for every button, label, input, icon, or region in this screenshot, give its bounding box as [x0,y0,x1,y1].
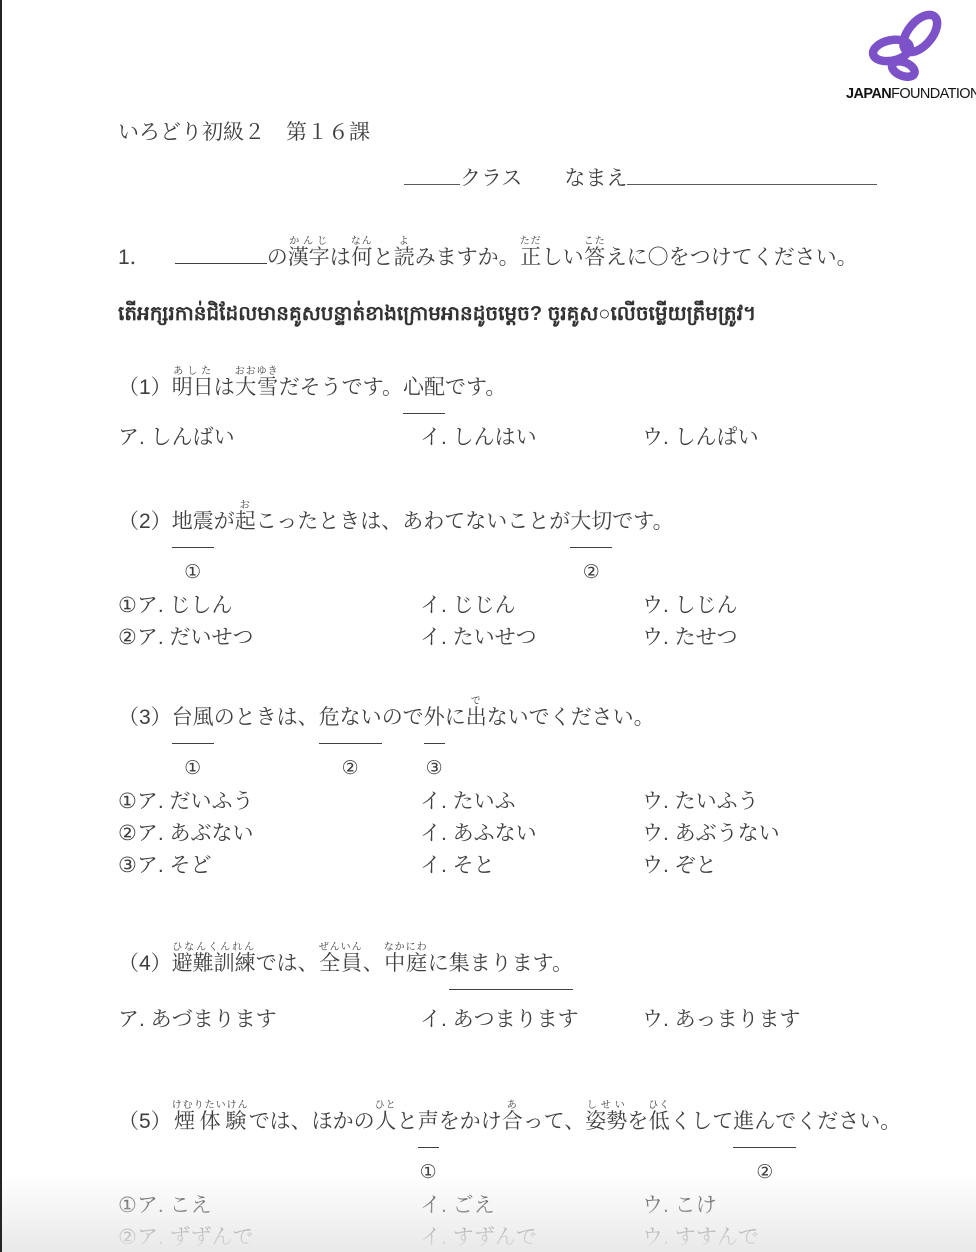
section-1-instruction: 1．の漢字かんじは何なんと読よみますか。正ただしい答こたえに〇をつけてください。 [118,234,936,282]
khmer-instruction: តើអក្សរកាន់ជិដែលមានគូសបន្ទាត់ខាងក្រោមអាន… [118,300,936,330]
brand-japan: JAPAN [846,86,891,102]
option-u: ウ. たいふう [642,786,936,818]
option-u: ウ. あっまります [642,1004,936,1036]
question-4-sentence: （4）避難訓練ひなんくんれんでは、全員ぜんいん、中庭なかにわに集まります。 [118,940,936,990]
option-i: イ. すずんで [420,1222,642,1252]
option-i: イ. あつまります [420,1004,642,1036]
option-a: ②ア. ずずんで [118,1222,420,1252]
option-i: イ. そと [420,850,642,882]
question-2: （2）地震①が起おこったときは、あわてないことが大切②です。 ①ア. じしん イ… [118,498,936,654]
question-5-options-row-1: ①ア. こえ イ. ごえ ウ. こけ [118,1190,936,1222]
instruction-sentence: の漢字かんじは何なんと読よみますか。正ただしい答こたえに〇をつけてください。 [175,246,858,269]
worksheet-page: いろどり初級２ 第１６課 クラスなまえ 1．の漢字かんじは何なんと読よみますか。… [2,116,976,1252]
option-a: ①ア. こえ [118,1190,420,1222]
option-a: ③ア. そど [118,850,420,882]
option-a: ア. しんばい [118,422,420,454]
butterfly-logo-icon [853,8,957,86]
option-u: ウ. すすんで [642,1222,936,1252]
brand-foundation: FOUNDATION [891,86,976,102]
option-i: イ. たいふ [420,786,642,818]
option-a: ②ア. だいせつ [118,622,420,654]
option-i: イ. じじん [420,590,642,622]
name-blank-field [627,184,877,185]
question-5-sentence: （5）煙体験けむりたいけんでは、ほかの人ひとと声①をかけ合あって、姿勢しせいを低… [118,1098,936,1148]
question-5: （5）煙体験けむりたいけんでは、ほかの人ひとと声①をかけ合あって、姿勢しせいを低… [118,1098,936,1252]
option-u: ウ. こけ [642,1190,936,1222]
question-2-sentence: （2）地震①が起おこったときは、あわてないことが大切②です。 [118,498,936,548]
option-u: ウ. しんぱい [642,422,936,454]
question-4-options-row-1: ア. あづまります イ. あつまります ウ. あっまります [118,1004,936,1036]
name-label: なまえ [564,167,627,190]
question-3-options-row-1: ①ア. だいふう イ. たいふ ウ. たいふう [118,786,936,818]
worksheet-title: いろどり初級２ 第１６課 [118,116,936,146]
question-3-options-row-2: ②ア. あぶない イ. あふない ウ. あぶうない [118,818,936,850]
option-u: ウ. たせつ [642,622,936,654]
option-a: ア. あづまります [118,1004,420,1036]
option-i: イ. たいせつ [420,622,642,654]
question-3: （3）台風①のときは、危ない②ので外③に出でないでください。 ①ア. だいふう … [118,694,936,882]
option-u: ウ. しじん [642,590,936,622]
question-1-sentence: （1）明日あしたは大雪おおゆきだそうです。心配です。 [118,364,936,414]
option-i: イ. あふない [420,818,642,850]
japan-foundation-logo: JAPANFOUNDATION [846,8,964,102]
question-3-options-row-3: ③ア. そど イ. そと ウ. ぞと [118,850,936,882]
question-5-options-row-2: ②ア. ずずんで イ. すずんで ウ. すすんで [118,1222,936,1252]
question-3-sentence: （3）台風①のときは、危ない②ので外③に出でないでください。 [118,694,936,744]
question-1: （1）明日あしたは大雪おおゆきだそうです。心配です。 ア. しんばい イ. しん… [118,364,936,454]
section-number: 1． [118,246,151,269]
question-2-options-row-1: ①ア. じしん イ. じじん ウ. しじん [118,590,936,622]
option-u: ウ. あぶうない [642,818,936,850]
option-a: ②ア. あぶない [118,818,420,850]
question-2-options-row-2: ②ア. だいせつ イ. たいせつ ウ. たせつ [118,622,936,654]
option-i: イ. ごえ [420,1190,642,1222]
brand-wordmark: JAPANFOUNDATION [846,86,964,102]
option-u: ウ. ぞと [642,850,936,882]
question-4: （4）避難訓練ひなんくんれんでは、全員ぜんいん、中庭なかにわに集まります。 ア.… [118,940,936,1036]
class-blank-field [404,184,460,185]
option-i: イ. しんはい [420,422,642,454]
option-a: ①ア. だいふう [118,786,420,818]
class-name-line: クラスなまえ [118,162,936,192]
class-label: クラス [460,167,522,190]
question-1-options-row-1: ア. しんばい イ. しんはい ウ. しんぱい [118,422,936,454]
option-a: ①ア. じしん [118,590,420,622]
